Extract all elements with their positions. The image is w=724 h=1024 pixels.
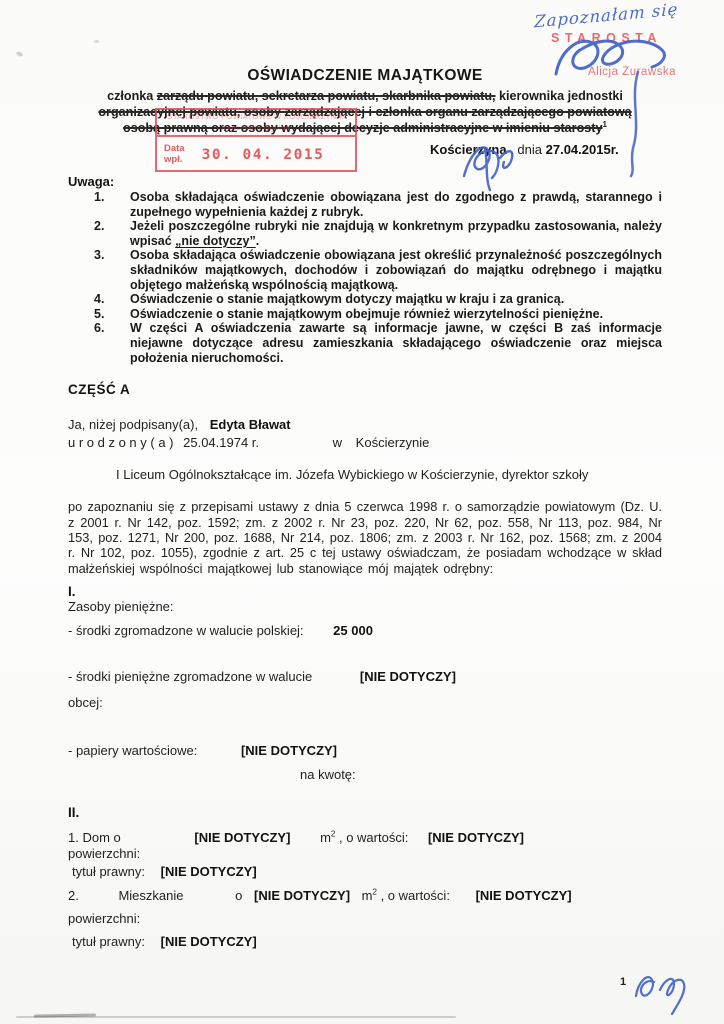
note-number: 3. — [68, 248, 130, 292]
note-text: Oświadczenie o stanie majątkowym obejmuj… — [130, 307, 662, 322]
born-in-label: w — [333, 435, 342, 450]
declarant-birth-line: u r o d z o n y ( a ) 25.04.1974 r. w Ko… — [68, 434, 662, 452]
amount-label: na kwotę: — [68, 767, 662, 783]
note-number: 5. — [68, 307, 130, 322]
securities-label: - papiery wartościowe: — [68, 743, 197, 758]
section-1-title: Zasoby pieniężne: — [68, 599, 662, 615]
declarant-name-line: Ja, niżej podpisany(a), Edyta Bławat — [68, 416, 662, 434]
note-text: Oświadczenie o stanie majątkowym dotyczy… — [130, 292, 662, 307]
subtitle-line1-post: kierownika jednostki — [496, 89, 623, 103]
subtitle-footnote-mark: 1 — [602, 120, 606, 129]
flat-legal-title-value: [NIE DOTYCZY] — [161, 934, 257, 949]
subtitle-line1-pre: członka — [107, 89, 157, 103]
note-number: 1. — [68, 190, 130, 219]
stamp-office-line2: Kancelaria Ogólna — [157, 122, 355, 133]
fx-funds-value: [NIE DOTYCZY] — [360, 669, 456, 684]
scan-artifact-speck — [15, 51, 23, 58]
house-label: 1. Dom o — [68, 830, 121, 845]
pln-funds-value: 25 000 — [333, 623, 373, 638]
flat-worth-label: , o wartości: — [377, 888, 450, 903]
pln-funds-label: - środki zgromadzone w walucie polskiej: — [68, 623, 304, 638]
note-text: W części A oświadczenia zawarte są infor… — [130, 321, 662, 365]
declarant-intro: Ja, niżej podpisany(a), Edyta Bławat u r… — [68, 416, 662, 451]
house-unit: m2 , o wartości: — [320, 830, 408, 845]
notes-heading: Uwaga: — [68, 174, 662, 190]
note-text: Jeżeli poszczególne rubryki nie znajdują… — [130, 219, 662, 248]
note-number: 6. — [68, 321, 130, 365]
workplace-line: I Liceum Ogólnokształcące im. Józefa Wyb… — [68, 467, 662, 483]
scan-artifact-speck — [94, 40, 99, 43]
flat-legal-title-row: tytuł prawny: [NIE DOTYCZY] — [68, 934, 662, 950]
house-area-label2: powierzchni: — [68, 846, 662, 862]
note-item: 6. W części A oświadczenia zawarte są in… — [68, 321, 662, 365]
unit-base: m — [362, 888, 373, 903]
note-item: 5. Oświadczenie o stanie majątkowym obej… — [68, 307, 662, 322]
flat-area-value: [NIE DOTYCZY] — [254, 888, 350, 903]
stamp-wpl-label: wpł. — [164, 154, 185, 165]
part-a-heading: CZĘŚĆ A — [68, 381, 662, 398]
page-paraph-scribble — [628, 960, 692, 1018]
fx-funds-label: - środki pieniężne zgromadzone w walucie — [68, 669, 312, 684]
house-legal-title-row: tytuł prawny: [NIE DOTYCZY] — [68, 864, 662, 880]
house-worth-value: [NIE DOTYCZY] — [428, 830, 524, 845]
scanned-document-page: Zapoznałam się STAROSTA Alicja Żurawska … — [0, 0, 724, 1024]
flat-unit: m2 , o wartości: — [362, 888, 450, 903]
fx-funds-row: - środki pieniężne zgromadzone w walucie… — [68, 669, 662, 685]
section-1-number: I. — [68, 584, 662, 599]
note-item: 3. Osoba składająca oświadczenie obowiąz… — [68, 248, 662, 292]
fx-funds-label2: obcej: — [68, 695, 662, 711]
stamp-date-label: Data — [164, 143, 185, 154]
notes-list: 1. Osoba składająca oświadczenie obowiąz… — [68, 190, 662, 365]
securities-row: - papiery wartościowe: [NIE DOTYCZY] — [68, 743, 662, 759]
unit-base: m — [320, 830, 331, 845]
birth-date: 25.04.1974 r. — [183, 435, 259, 450]
born-label: u r o d z o n y ( a ) — [68, 435, 174, 450]
note-number: 4. — [68, 292, 130, 307]
stamp-office-text: STAROSTWO POWIATOWE W KOŚCIERZYNIE Kance… — [157, 110, 355, 135]
received-date-stamp: STAROSTWO POWIATOWE W KOŚCIERZYNIE Kance… — [155, 108, 357, 172]
stamp-date-value: 30. 04. 2015 — [202, 147, 325, 163]
house-area-value: [NIE DOTYCZY] — [194, 830, 290, 845]
stamp-office-line1: STAROSTWO POWIATOWE W KOŚCIERZYNIE — [157, 111, 355, 122]
flat-legal-title-label: tytuł prawny: — [72, 934, 145, 949]
legal-basis-paragraph: po zapoznaniu się z przepisami ustawy z … — [68, 499, 662, 576]
note-text-underlined: „nie dotyczy” — [175, 234, 256, 248]
note-item: 4. Oświadczenie o stanie majątkowym doty… — [68, 292, 662, 307]
securities-value: [NIE DOTYCZY] — [241, 743, 337, 758]
flat-area-label2: powierzchni: — [68, 911, 662, 927]
house-legal-title-value: [NIE DOTYCZY] — [161, 864, 257, 879]
flat-number: 2. — [68, 888, 79, 903]
intro-label: Ja, niżej podpisany(a), — [68, 417, 198, 432]
pen-stroke-descending — [622, 70, 646, 178]
house-row: 1. Dom o [NIE DOTYCZY] m2 , o wartości: … — [68, 830, 662, 846]
flat-worth-value: [NIE DOTYCZY] — [476, 888, 572, 903]
flat-of-label: o — [235, 888, 242, 903]
note-text: Osoba składająca oświadczenie obowiązana… — [130, 248, 662, 292]
note-text: Osoba składająca oświadczenie obowiązana… — [130, 190, 662, 219]
pln-funds-row: - środki zgromadzone w walucie polskiej:… — [68, 623, 662, 639]
note-item: 1. Osoba składająca oświadczenie obowiąz… — [68, 190, 662, 219]
note-item: 2. Jeżeli poszczególne rubryki nie znajd… — [68, 219, 662, 248]
house-worth-label: , o wartości: — [335, 830, 408, 845]
stamp-date-row: Data wpł. 30. 04. 2015 — [157, 135, 355, 170]
declarant-full-name: Edyta Bławat — [210, 417, 291, 432]
note-number: 2. — [68, 219, 130, 248]
subtitle-line1-struck: zarządu powiatu, sekretarza powiatu, ska… — [157, 89, 496, 103]
stamp-date-labels: Data wpł. — [164, 143, 185, 165]
flat-row: 2. Mieszkanie o [NIE DOTYCZY] m2 , o war… — [68, 888, 662, 904]
clerk-signature-scribble — [452, 128, 530, 194]
page-number: 1 — [620, 976, 626, 988]
starosta-signature-scribble — [546, 34, 681, 82]
flat-kind: Mieszkanie — [118, 888, 183, 903]
section-2-number: II. — [68, 805, 662, 820]
birth-place: Kościerzynie — [356, 435, 430, 450]
note-text-post: . — [256, 234, 259, 248]
house-legal-title-label: tytuł prawny: — [72, 864, 145, 879]
